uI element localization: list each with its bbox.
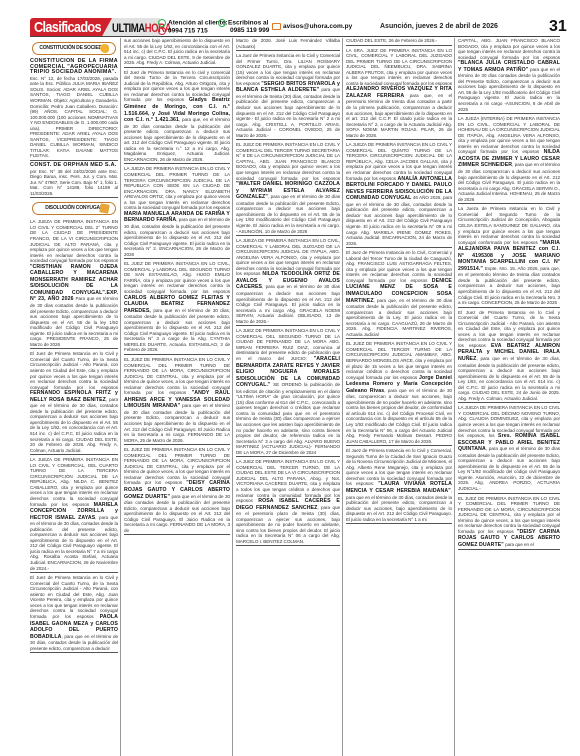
header-divider xyxy=(30,36,560,37)
notice: CAPITAL, ABG. JUAN FRANCISCO BLANCO BOGA… xyxy=(458,38,560,114)
notice: EL JUEZ DE PRIMERA INSTANCIA EN LO CIVIL… xyxy=(346,341,452,446)
notice: El Juez de Primera Instancia en lo Civil… xyxy=(30,351,118,455)
whatsapp-icon xyxy=(218,19,226,27)
column-1: CONSTITUCIÓN DE SOCIEDAD CONSTITUCION DE… xyxy=(30,38,118,756)
phone-icon xyxy=(158,27,166,35)
handshake-icon xyxy=(100,44,109,53)
mail-icon xyxy=(272,23,281,30)
column-2: sus acciones bajo apercibimiento de lo d… xyxy=(120,38,230,756)
notice: LA SRA. JUEZ DE PRIMERA INSTANCIA EN LO … xyxy=(346,48,452,141)
column-4: CIUDAD DEL ESTE, 26 de Febrero de 2026.-… xyxy=(342,38,452,756)
notice: LA JUEZ DE PRIMERA INSTANCIA EN LO CIVIL… xyxy=(236,459,340,546)
notice: LA JUEZA DE PRIMERA INSTANCIA EN LO CIVI… xyxy=(346,142,452,248)
notice: El Juez de Primera Instancia en lo civil… xyxy=(124,70,230,165)
write-us-contact: Escribinos al 0985 119 999 xyxy=(218,19,269,35)
notice: LA JUEZA DE PRIMERA INSTANCIA EN LO CIVI… xyxy=(30,457,118,573)
notice: CONST. DE ORPHAN MED S.A. por Esc. N° 38… xyxy=(30,163,118,198)
notice: La Juez de Primera Instancia en lo Civil… xyxy=(236,53,340,140)
document-icon xyxy=(99,204,109,214)
notice: EL JUEZ DE PRIMERA INSTANCIA EN LO CIVIL… xyxy=(124,261,230,355)
section-tag-constitucion: CONSTITUCIÓN DE SOCIEDAD xyxy=(32,42,116,55)
notice: LA JUEZA (INTERINA) DE PRIMERA INSTANCIA… xyxy=(458,116,560,204)
notice: El Juez de Primera Instancia en lo Civil… xyxy=(346,448,452,524)
notice: La Jueza de Primera Instancia en lo Civi… xyxy=(458,206,560,307)
notice: LA JUEZ DE PRIMERA INSTANCIA EN LO CIVIL… xyxy=(236,328,340,457)
whatsapp-icon xyxy=(158,19,166,27)
notice: El Juez de Primera Instancia en lo Civil… xyxy=(346,250,452,339)
notice: El Juez de Primera Instancia en lo Civil… xyxy=(30,575,118,653)
notice: Marzo de 2026. José Luis Fernández Villa… xyxy=(236,38,340,51)
notice: LA JUEZA DE PRIMERA INSTANCIA EN LO CIVI… xyxy=(458,405,560,493)
notice: EL JUEZ DE PRIMERA INSTANCIA EN LO CIVIL… xyxy=(124,357,230,445)
notice: EL JUEZ DE PRIMERA INSTANCIA EN LO CIVIL… xyxy=(124,447,230,535)
section-tab: Clasificados xyxy=(30,18,112,36)
notice: CIUDAD DEL ESTE, 26 de Febrero de 2026.- xyxy=(346,38,452,46)
email-link[interactable]: avisos@uhora.com.py xyxy=(283,23,352,30)
notice: CONSTITUCION DE LA FIRMA COMERCIAL "AGRO… xyxy=(30,59,118,161)
notice: sus acciones bajo apercibimiento de lo d… xyxy=(124,38,230,68)
column-6: CAPITAL, ABG. JUAN FRANCISCO BLANCO BOGA… xyxy=(454,38,560,756)
notice: EL JUEZ DE PRIMERA INSTANCIA EN LO CIVIL… xyxy=(458,496,560,551)
notice: LA JUEZA DE PRIMERA INSTANCIA EN LO CIVI… xyxy=(30,219,118,349)
notice: LA JUEZA DE PRIMERA INSTANCIA EN LO CIVI… xyxy=(124,166,230,259)
section-title: Clasificados xyxy=(34,19,101,36)
notice: EL JUEZ DE PRIMERA INSTANCIA EN LO CIVIL… xyxy=(236,142,340,236)
notice: El Juez de Primera Instancia en lo Civil… xyxy=(458,310,560,404)
page-number: 31 xyxy=(549,18,567,36)
section-tag-disolucion: DISOLUCIÓN CONYUGAL xyxy=(32,202,116,215)
issue-date: Asunción, jueves 2 de abril de 2026 xyxy=(380,23,498,30)
page-header: Clasificados ULTIMAHORA Atención al clie… xyxy=(0,18,580,36)
column-3: Marzo de 2026. José Luis Fernández Villa… xyxy=(232,38,340,756)
email-contact: avisos@uhora.com.py xyxy=(272,23,352,31)
notice: LA JUEZA DE PRIMERA INSTANCIA EN LO CIVI… xyxy=(236,238,340,326)
